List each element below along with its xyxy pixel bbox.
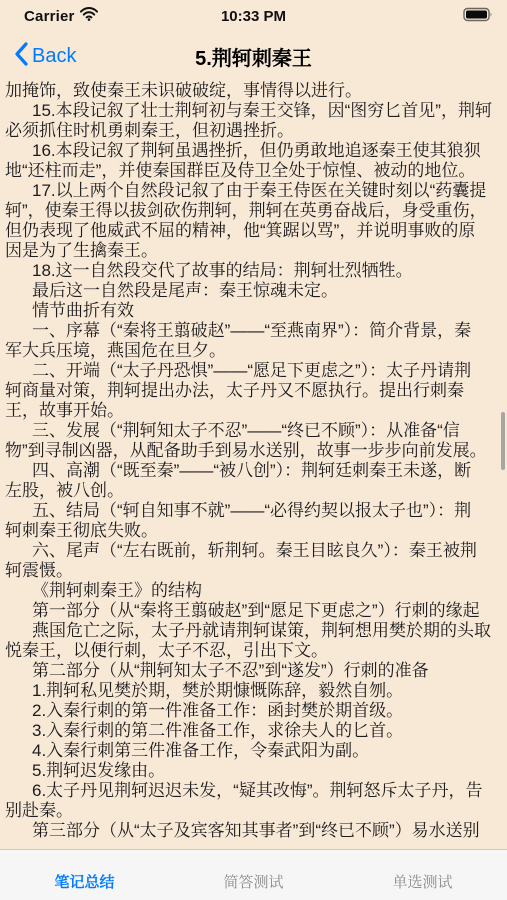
text-line: 燕国危亡之际，太子丹就请荆轲谋策，荆轲想用樊於期的头取 xyxy=(5,621,502,641)
text-line: 物”到寻制凶器，从配备助手到易水送别，故事一步步向前发展。 xyxy=(5,441,502,461)
text-line: 17.以上两个自然段记叙了由于秦王侍医在关键时刻以“药囊提 xyxy=(5,181,502,201)
text-line: 但仍表现了他威武不屈的精神，他“箕踞以骂”，并说明事败的原 xyxy=(5,221,502,241)
text-line: 1.荆轲私见樊於期，樊於期慷慨陈辞，毅然自刎。 xyxy=(5,681,502,701)
text-line: 轲商量对策，荆轲提出办法，太子丹又不愿执行。提出行刺秦 xyxy=(5,381,502,401)
text-line: 别赴秦。 xyxy=(5,801,502,821)
text-line: 二、开端（“太子丹恐惧”——“愿足下更虑之”）：太子丹请荆 xyxy=(5,361,502,381)
nav-bar: Back 5.荆轲刺秦王 xyxy=(0,33,507,80)
text-line: 第三部分（从“太子及宾客知其事者”到“终已不顾”）易水送别 xyxy=(5,821,502,841)
text-line: 轲震慑。 xyxy=(5,561,502,581)
text-line: 军大兵压境，燕国危在旦夕。 xyxy=(5,341,502,361)
text-line: 加掩饰，致使秦王未识破破绽，事情得以进行。 xyxy=(5,81,502,101)
page-title: 5.荆轲刺秦王 xyxy=(60,33,447,80)
text-line: 《荆轲刺秦王》的结构 xyxy=(5,581,502,601)
tab-item-label: 笔记总结 xyxy=(54,871,114,892)
tab-item-label: 单选测试 xyxy=(392,871,452,892)
text-line: 四、高潮（“既至秦”——“被八创”）：荆轲廷刺秦王未遂，断 xyxy=(5,461,502,481)
text-line: 5.荆轲迟发缘由。 xyxy=(5,761,502,781)
notes-content[interactable]: 加掩饰，致使秦王未识破破绽，事情得以进行。 15.本段记叙了壮士荆轲初与秦王交锋… xyxy=(0,80,507,850)
tab-bar: 笔记总结 简答测试 单选测试 xyxy=(0,849,507,900)
text-line: 五、结局（“轲自知事不就”——“必得约契以报太子也”）：荆 xyxy=(5,501,502,521)
status-time: 10:33 PM xyxy=(0,0,507,33)
text-line: 2.入秦行刺的第一件准备工作：函封樊於期首级。 xyxy=(5,701,502,721)
tab-item[interactable]: 单选测试 xyxy=(338,850,507,900)
scrollbar-thumb[interactable] xyxy=(501,412,505,470)
text-line: 一、序幕（“秦将王翦破赵”——“至燕南界”）：简介背景，秦 xyxy=(5,321,502,341)
app-screen: Carrier 10:33 PM xyxy=(0,0,507,900)
text-line: 情节曲折有效 xyxy=(5,301,502,321)
text-line: 15.本段记叙了壮士荆轲初与秦王交锋，因“图穷匕首见”，荆轲 xyxy=(5,101,502,121)
status-bar: Carrier 10:33 PM xyxy=(0,0,507,33)
text-line: 王，故事开始。 xyxy=(5,401,502,421)
text-line: 6.太子丹见荆轲迟迟未发，“疑其改悔”。荆轲怒斥太子丹，告 xyxy=(5,781,502,801)
text-line: 必须抓住时机勇刺秦王，但初遇挫折。 xyxy=(5,121,502,141)
text-line: 地“还柱而走”，并使秦国群臣及侍卫全处于惊惶、被动的地位。 xyxy=(5,161,502,181)
text-line: 4.入秦行刺第三件准备工作，令秦武阳为副。 xyxy=(5,741,502,761)
tab-item[interactable]: 简答测试 xyxy=(169,850,338,900)
text-line: 16.本段记叙了荆轲虽遇挫折，但仍勇敢地追逐秦王使其狼狈 xyxy=(5,141,502,161)
tab-item[interactable]: 笔记总结 xyxy=(0,850,169,900)
text-line: 第一部分（从“秦将王翦破赵”到“愿足下更虑之”）行刺的缘起 xyxy=(5,601,502,621)
battery-icon xyxy=(463,7,493,27)
text-line: 第二部分（从“荆轲知太子不忍”到“遂发”）行刺的准备 xyxy=(5,661,502,681)
status-right xyxy=(463,0,493,33)
text-line: 轲”，使秦王得以拔剑砍伤荆轲，荆轲在英勇奋战后，身受重伤， xyxy=(5,201,502,221)
text-line: 轲刺秦王彻底失败。 xyxy=(5,521,502,541)
text-line: 六、尾声（“左右既前，斩荆轲。秦王目眩良久”）：秦王被荆 xyxy=(5,541,502,561)
text-line: 因是为了生擒秦王。 xyxy=(5,241,502,261)
text-line: 最后这一自然段是尾声：秦王惊魂未定。 xyxy=(5,281,502,301)
text-line: 左股，被八创。 xyxy=(5,481,502,501)
text-line: 3.入秦行刺的第二件准备工作，求徐夫人的匕首。 xyxy=(5,721,502,741)
back-chevron-icon xyxy=(14,42,28,71)
text-line: 18.这一自然段交代了故事的结局：荆轲壮烈牺牲。 xyxy=(5,261,502,281)
text-line: 三、发展（“荆轲知太子不忍”——“终已不顾”）：从准备“信 xyxy=(5,421,502,441)
text-line: 悦秦王，以便行刺，太子不忍，引出下文。 xyxy=(5,641,502,661)
tab-item-label: 简答测试 xyxy=(223,871,283,892)
